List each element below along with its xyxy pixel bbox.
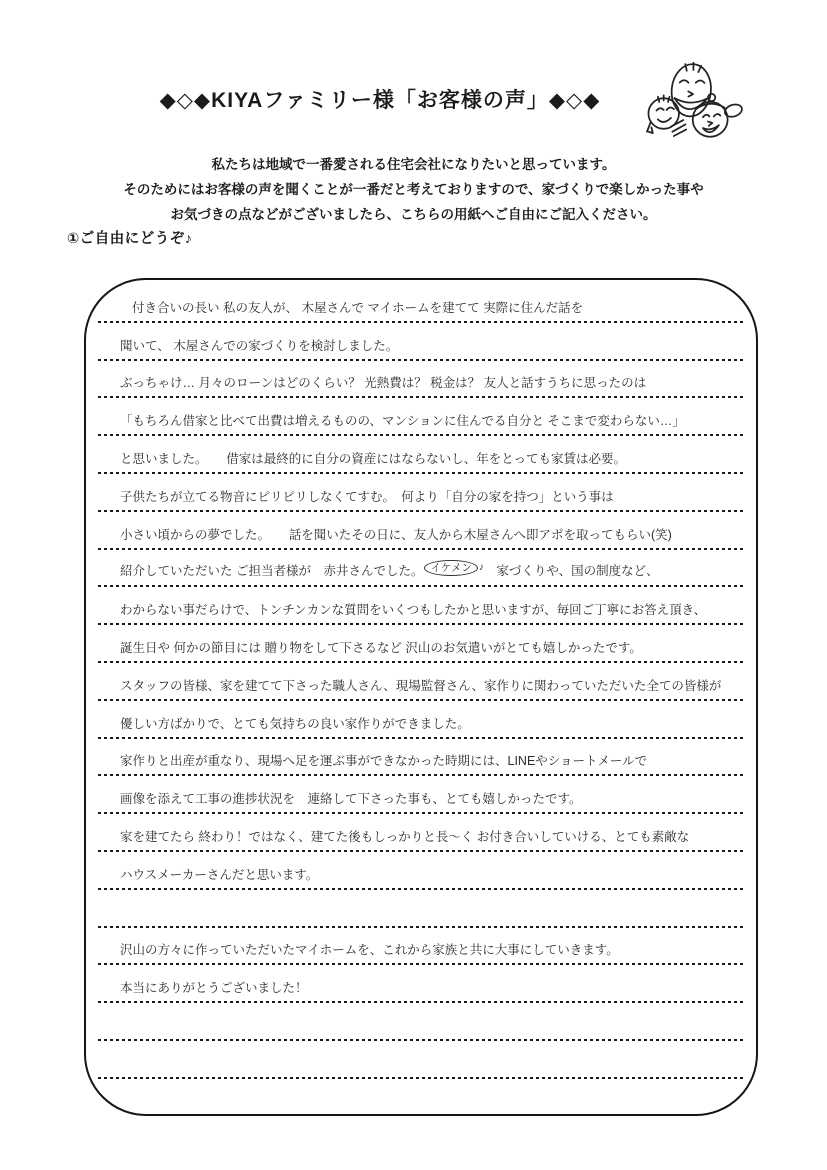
family-faces-icon	[639, 45, 777, 153]
empty-line	[96, 890, 746, 928]
empty-line	[96, 1041, 746, 1079]
handwritten-line: 画像を添えて工事の進捗状況を 連絡して下さった事も、とても嬉しかったです。	[96, 776, 746, 814]
handwritten-line: 聞いて、 木屋さんでの家づくりを検討しました。	[96, 323, 746, 361]
handwritten-line: 家を建てたら 終わり！ではなく、建てた後もしっかりと長～く お付き合いしていける…	[96, 814, 746, 852]
handwritten-line: 誕生日や 何かの節目には 贈り物をして下さるなど 沢山のお気遣いがとても嬉しかっ…	[96, 625, 746, 663]
testimonial-box: 付き合いの長い 私の友人が、 木屋さんで マイホームを建てて 実際に住んだ話を …	[84, 278, 758, 1116]
handwritten-line: ぶっちゃけ… 月々のローンはどのくらい？ 光熱費は？ 税金は？ 友人と話すうちに…	[96, 361, 746, 399]
customer-voice-sheet: ◆◇◆KIYAファミリー様「お客様の声」◆◇◆ 私たちは地域で一番愛される住宅会…	[0, 0, 827, 1170]
empty-line	[96, 1003, 746, 1041]
intro-line: 私たちは地域で一番愛される住宅会社になりたいと思っています。	[0, 152, 827, 177]
handwritten-line: 紹介していただいた ご担当者様が 赤井さんでした。イケメン♪ 家づくりや、国の制…	[96, 550, 746, 588]
handwritten-line: 付き合いの長い 私の友人が、 木屋さんで マイホームを建てて 実際に住んだ話を	[96, 285, 746, 323]
handwritten-line: 小さい頃からの夢でした。 話を聞いたその日に、友人から木屋さんへ即アポを取っても…	[96, 512, 746, 550]
handwritten-line: 家作りと出産が重なり、現場へ足を運ぶ事ができなかった時期には、LINEやショート…	[96, 739, 746, 777]
handwritten-line-with-note: 紹介していただいた ご担当者様が 赤井さんでした。イケメン♪ 家づくりや、国の制…	[120, 561, 744, 580]
intro-line: お気づきの点などがございましたら、こちらの用紙へご自由にご記入ください。	[0, 202, 827, 227]
intro-line: そのためにはお客様の声を聞くことが一番だと考えておりますので、家づくりで楽しかっ…	[0, 177, 827, 202]
handwritten-line: ハウスメーカーさんだと思います。	[96, 852, 746, 890]
handwritten-line: スタッフの皆様、家を建てて下さった職人さん、現場監督さん、家作りに関わっていただ…	[96, 663, 746, 701]
circled-note: イケメン	[424, 560, 477, 576]
handwritten-line: 優しい方ばかりで、とても気持ちの良い家作りができました。	[96, 701, 746, 739]
handwritten-line: と思いました。 借家は最終的に自分の資産にはならないし、年をとっても家賃は必要。	[96, 436, 746, 474]
section-label: ①ご自由にどうぞ♪	[67, 227, 193, 248]
intro-text: 私たちは地域で一番愛される住宅会社になりたいと思っています。 そのためにはお客様…	[0, 152, 827, 227]
handwritten-line: 「もちろん借家と比べて出費は増えるものの、マンションに住んでる自分と そこまで変…	[96, 398, 746, 436]
handwritten-line: 子供たちが立てる物音にピリピリしなくてすむ。 何より「自分の家を持つ」という事は	[96, 474, 746, 512]
handwritten-line: 沢山の方々に作っていただいたマイホームを、これから家族と共に大事にしていきます。	[96, 928, 746, 966]
handwritten-line: わからない事だらけで、トンチンカンな質問をいくつもしたかと思いますが、毎回ご丁寧…	[96, 587, 746, 625]
handwritten-line: 本当にありがとうございました！	[96, 965, 746, 1003]
